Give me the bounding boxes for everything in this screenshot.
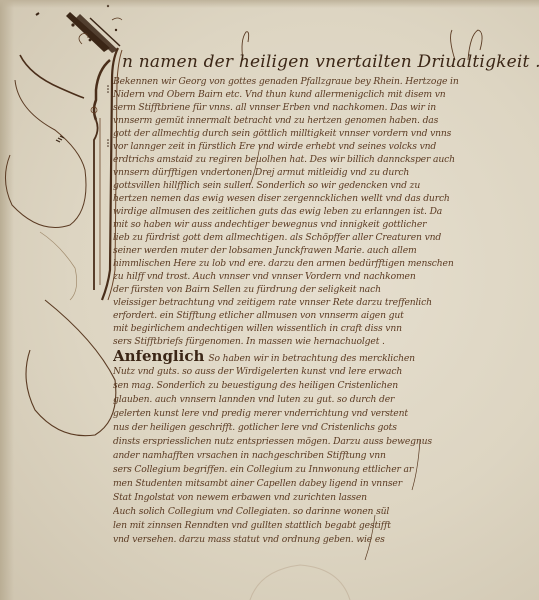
text-line: gottsvillen hillfflich sein sullen. Sond… [113, 180, 533, 192]
text-line: sers Collegium begriffen. ein Collegium … [113, 464, 533, 476]
text-line: wirdige allmusen des zeitlichen guts das… [113, 206, 533, 218]
text-line: himmlischen Here zu lob vnd ere. darzu d… [113, 258, 533, 270]
text-line: seiner werden muter der lobsamen Junckfr… [113, 245, 533, 257]
text-line: serm Stifftbriene für vnns. all vnnser E… [113, 102, 533, 114]
text-line: hertzen nemen das ewig wesen diser zerge… [113, 193, 533, 205]
text-line: zu hilff vnd trost. Auch vnnser vnd vnns… [113, 271, 533, 283]
text-line: erfordert. ein Stifftung etlicher allmus… [113, 310, 533, 322]
text-line: sers Stifftbriefs fürgenomen. In massen … [113, 336, 533, 348]
text-line: vleissiger betrachtung vnd zeitigem rate… [113, 297, 533, 309]
text-line: vnd versehen. darzu mass statut vnd ordn… [113, 534, 533, 546]
text-line: mit begirlichem andechtigen willen wisse… [113, 323, 533, 335]
text-line: lieb zu fürdrist gott dem allmechtigen. … [113, 232, 533, 244]
text-line: gelerten kunst lere vnd predig merer vnd… [113, 408, 533, 420]
text-line: men Studenten mitsambt ainer Capellen da… [113, 478, 533, 490]
text-line: Nutz vnd guts. so auss der Wirdigelerten… [113, 366, 533, 378]
text-line: vor lannger zeit in fürstlich Ere vnd wi… [113, 141, 533, 153]
section-heading: Anfenglich [113, 350, 204, 365]
text-line: Bekennen wir Georg von gottes genaden Pf… [113, 76, 533, 88]
text-line: glauben. auch vnnsern lannden vnd luten … [113, 394, 533, 406]
text-line: vnnsern dürfftigen vndertonen Drej armut… [113, 167, 533, 179]
section-first-line: AnfenglichSo haben wir in betrachtung de… [113, 350, 533, 365]
text-line: vnnserm gemüt innermalt betracht vnd zu … [113, 115, 533, 127]
document-title: n namen der heiligen vnertailten Driualt… [122, 52, 539, 72]
manuscript-page: n namen der heiligen vnertailten Driualt… [0, 0, 539, 600]
text-line: dinsts erspriesslichen nutz entspriessen… [113, 436, 533, 448]
text-line: Stat Ingolstat von newem erbawen vnd zur… [113, 492, 533, 504]
text-line: Auch solich Collegium vnd Collegiaten. s… [113, 506, 533, 518]
text-line: gott der allmechtig durch sein göttlich … [113, 128, 533, 140]
text-line: erdtrichs amstaid zu regiren beuolhen ha… [113, 154, 533, 166]
text-line: len mit zinnsen Renndten vnd gullten sta… [113, 520, 533, 532]
text-line: Nidern vnd Obern Bairn etc. Vnd thun kun… [113, 89, 533, 101]
text-line-segment: So haben wir in betrachtung des mercklic… [208, 353, 415, 364]
text-line: der fürsten von Bairn Sellen zu fürdrung… [113, 284, 533, 296]
text-line: nus der heiligen geschrifft. gotlicher l… [113, 422, 533, 434]
text-line: ander namhafften vrsachen in nachgeschri… [113, 450, 533, 462]
text-line: mit so haben wir auss andechtiger bewegn… [113, 219, 533, 231]
text-line: sen mag. Sonderlich zu beuestigung des h… [113, 380, 533, 392]
